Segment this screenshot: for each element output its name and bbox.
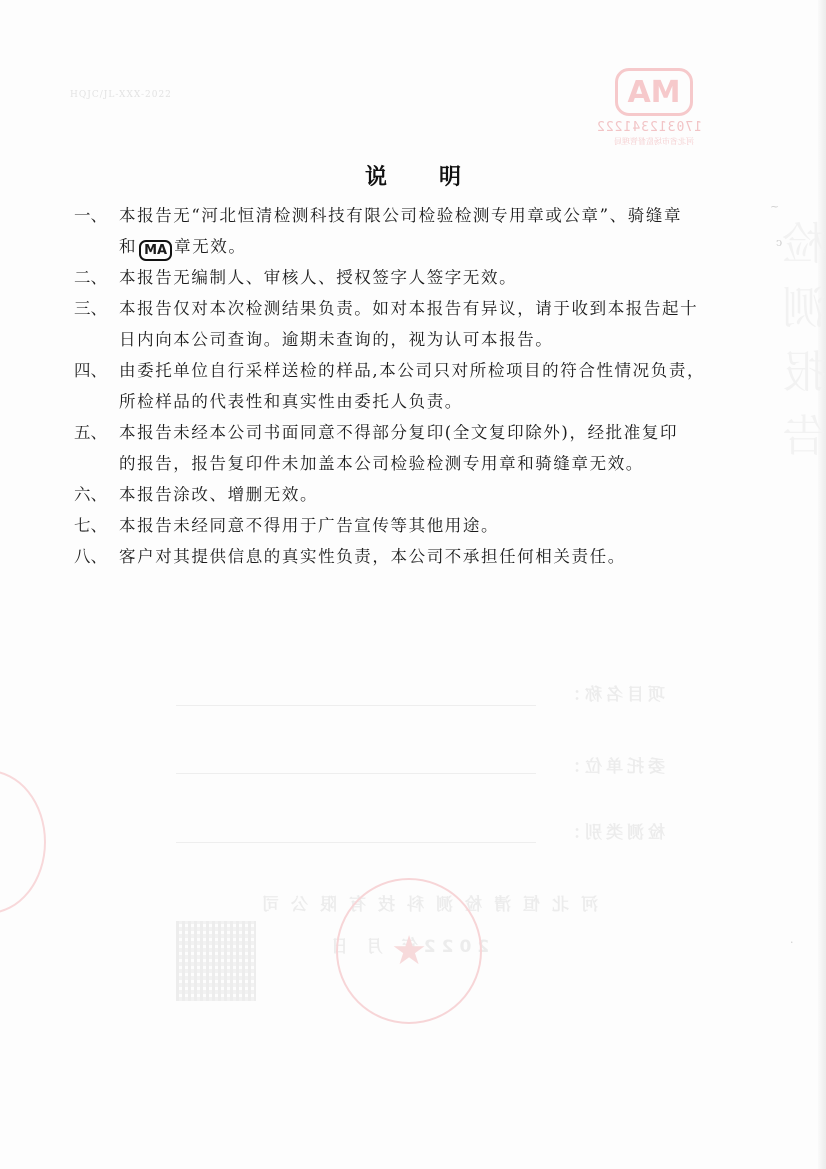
title-char-1: 说 [365,160,387,191]
note-line: 和MA章无效。 [119,231,754,262]
note-item-4: 四、 由委托单位自行采样送检的样品,本公司只对所检项目的符合性情况负责， 所检样… [74,355,754,417]
note-line: 本报告未经同意不得用于广告宣传等其他用途。 [119,510,754,541]
note-line: 的报告，报告复印件未加盖本公司检验检测专用章和骑缝章无效。 [119,448,754,479]
note-item-3: 三、 本报告仅对本次检测结果负责。如对本报告有异议，请于收到本报告起十 日内向本… [74,293,754,355]
note-item-1: 一、 本报告无“河北恒清检测科技有限公司检验检测专用章或公章”、骑缝章 和MA章… [74,200,754,262]
company-seal-bleed-through: ★ [336,878,482,1024]
bleed-through-label-2: 委托单位： [560,752,665,777]
note-item-2: 二、 本报告无编制人、审核人、授权签字人签字无效。 [74,262,754,293]
cma-stamp-bleed-through: MA 170312341222 河北省市场监督管理局 [606,68,702,147]
note-number: 五、 [74,417,119,479]
document-page: HQJC/JL-XXX-2022 MA 170312341222 河北省市场监督… [0,0,826,1169]
note-line: 本报告涂改、增删无效。 [119,479,754,510]
faint-header-reference: HQJC/JL-XXX-2022 [70,90,172,100]
cma-logo-icon: MA [615,68,693,116]
title-char-2: 明 [439,160,461,191]
cma-issuer: 河北省市场监督管理局 [606,136,702,147]
bleed-through-label-3: 检测类别： [560,818,665,843]
cma-number: 170312341222 [606,120,702,135]
note-number: 八、 [74,541,119,572]
note-line: 日内向本公司查询。逾期未查询的，视为认可本报告。 [119,324,754,355]
bleed-through-underline [176,842,536,843]
note-number: 七、 [74,510,119,541]
cma-mark-icon: MA [139,240,172,261]
note-number: 二、 [74,262,119,293]
note-line: 本报告仅对本次检测结果负责。如对本报告有异议，请于收到本报告起十 [119,293,754,324]
note-number: 六、 [74,479,119,510]
note-number: 一、 [74,200,119,262]
note-line: 本报告无“河北恒清检测科技有限公司检验检测专用章或公章”、骑缝章 [119,200,754,231]
bleed-through-underline [176,705,536,706]
notes-list: 一、 本报告无“河北恒清检测科技有限公司检验检测专用章或公章”、骑缝章 和MA章… [74,200,754,572]
note-number: 三、 [74,293,119,355]
scan-speck: · [790,936,794,949]
note-item-6: 六、 本报告涂改、增删无效。 [74,479,754,510]
scan-speck: ↄ [776,236,782,249]
note-number: 四、 [74,355,119,417]
note-text-suffix: 章无效。 [174,237,246,256]
edge-seal-bleed-through [0,770,46,914]
note-line: 本报告无编制人、审核人、授权签字人签字无效。 [119,262,754,293]
bleed-through-underline [176,773,536,774]
note-line: 由委托单位自行采样送检的样品,本公司只对所检项目的符合性情况负责， [119,355,754,386]
note-item-5: 五、 本报告未经本公司书面同意不得部分复印(全文复印除外)，经批准复印 的报告，… [74,417,754,479]
note-item-8: 八、 客户对其提供信息的真实性负责，本公司不承担任何相关责任。 [74,541,754,572]
scan-speck: ~ [770,200,779,213]
bleed-through-label-1: 项目名称： [560,680,665,705]
note-line: 所检样品的代表性和真实性由委托人负责。 [119,386,754,417]
page-title: 说 明 [0,160,826,191]
note-text-prefix: 和 [119,237,137,256]
note-line: 本报告未经本公司书面同意不得部分复印(全文复印除外)，经批准复印 [119,417,754,448]
qr-code-bleed-through [176,921,256,1001]
note-item-7: 七、 本报告未经同意不得用于广告宣传等其他用途。 [74,510,754,541]
note-line: 客户对其提供信息的真实性负责，本公司不承担任何相关责任。 [119,541,754,572]
seal-star-icon: ★ [391,928,427,974]
